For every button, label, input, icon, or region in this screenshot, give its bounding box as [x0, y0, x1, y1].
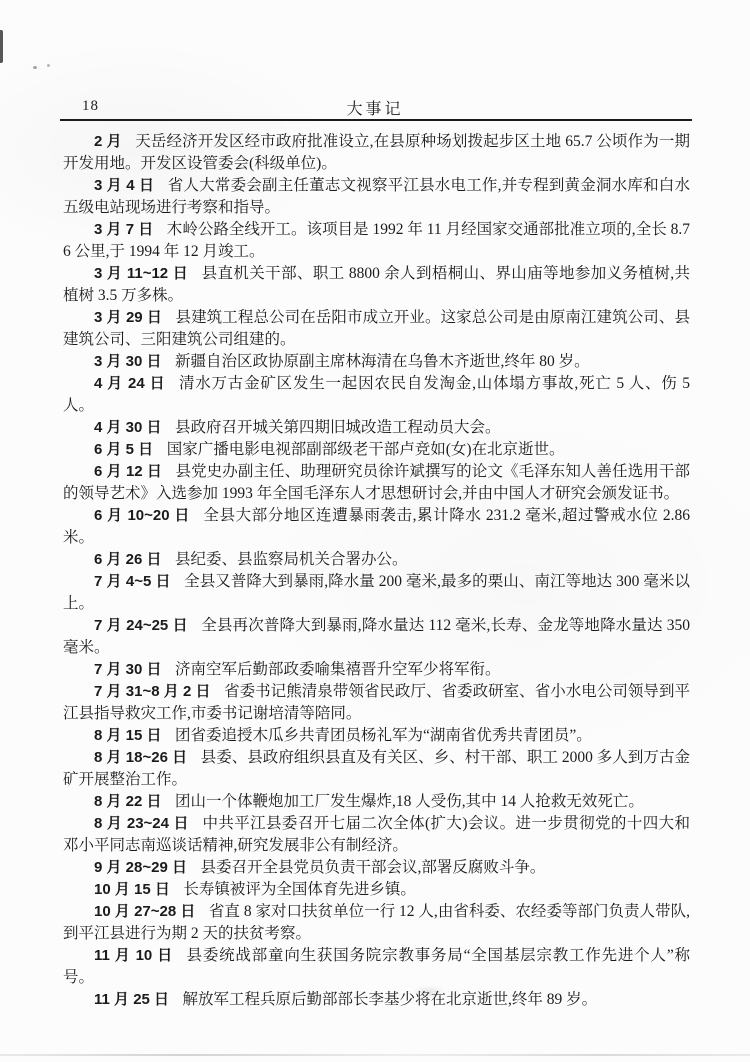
- entry-text: 县政府召开城关第四期旧城改造工程动员大会。: [175, 419, 501, 436]
- entry-text: 国家广播电影电视部副部级老干部卢竞如(女)在北京逝世。: [167, 441, 565, 458]
- entry-date: 6 月 5 日: [94, 441, 153, 458]
- chronicle-entry: 2 月天岳经济开发区经市政府批准设立,在县原种场划拨起步区土地 65.7 公顷作…: [63, 131, 690, 175]
- chronicle-body: 2 月天岳经济开发区经市政府批准设立,在县原种场划拨起步区土地 65.7 公顷作…: [63, 131, 690, 1011]
- page-title: 大事记: [60, 96, 690, 119]
- scan-dot-artifact: [33, 66, 37, 69]
- scan-dot-artifact: [47, 64, 50, 67]
- entry-date: 10 月 15 日: [94, 881, 170, 898]
- entry-date: 8 月 15 日: [94, 727, 162, 744]
- entry-date: 2 月: [94, 133, 122, 150]
- entry-date: 3 月 11~12 日: [94, 265, 188, 282]
- scan-edge-artifact: [0, 30, 3, 63]
- chronicle-entry: 8 月 18~26 日县委、县政府组织县直及有关区、乡、村干部、职工 2000 …: [63, 747, 690, 791]
- header-rule: [60, 119, 692, 121]
- entry-date: 7 月 30 日: [94, 661, 162, 678]
- entry-date: 3 月 4 日: [94, 177, 154, 194]
- chronicle-entry: 7 月 24~25 日全县再次普降大到暴雨,降水量达 112 毫米,长寿、金龙等…: [63, 615, 690, 659]
- entry-date: 7 月 4~5 日: [94, 573, 171, 590]
- chronicle-entry: 10 月 15 日长寿镇被评为全国体育先进乡镇。: [63, 879, 690, 901]
- entry-date: 3 月 7 日: [94, 221, 153, 238]
- entry-date: 3 月 29 日: [94, 309, 162, 326]
- entry-text: 济南空军后勤部政委喻集禧晋升空军少将军衔。: [175, 661, 501, 678]
- chronicle-entry: 7 月 4~5 日全县又普降大到暴雨,降水量 200 毫米,最多的栗山、南江等地…: [63, 571, 690, 615]
- scan-smudge-artifact: [412, 985, 446, 999]
- entry-date: 4 月 24 日: [94, 375, 165, 392]
- entry-date: 8 月 22 日: [94, 793, 162, 810]
- chronicle-entry: 7 月 30 日济南空军后勤部政委喻集禧晋升空军少将军衔。: [63, 659, 690, 681]
- chronicle-entry: 8 月 15 日团省委追授木瓜乡共青团员杨礼军为“湖南省优秀共青团员”。: [63, 725, 690, 747]
- entry-text: 团山一个体鞭炮加工厂发生爆炸,18 人受伤,其中 14 人抢救无效死亡。: [175, 793, 644, 810]
- chronicle-entry: 10 月 27~28 日省直 8 家对口扶贫单位一行 12 人,由省科委、农经委…: [63, 901, 690, 945]
- chronicle-entry: 6 月 12 日县党史办副主任、助理研究员徐许斌撰写的论文《毛泽东知人善任选用干…: [63, 461, 690, 505]
- entry-date: 8 月 18~26 日: [94, 749, 187, 766]
- scanned-page: 18 大事记 2 月天岳经济开发区经市政府批准设立,在县原种场划拨起步区土地 6…: [0, 0, 750, 1062]
- entry-date: 10 月 27~28 日: [94, 903, 195, 920]
- chronicle-entry: 3 月 7 日木岭公路全线开工。该项目是 1992 年 11 月经国家交通部批准…: [63, 219, 690, 263]
- chronicle-entry: 9 月 28~29 日县委召开全县党员负责干部会议,部署反腐败斗争。: [63, 857, 690, 879]
- entry-date: 11 月 10 日: [94, 947, 173, 964]
- chronicle-entry: 3 月 29 日县建筑工程总公司在岳阳市成立开业。这家总公司是由原南江建筑公司、…: [63, 307, 690, 351]
- chronicle-entry: 11 月 25 日解放军工程兵原后勤部部长李基少将在北京逝世,终年 89 岁。: [63, 989, 690, 1011]
- chronicle-entry: 8 月 23~24 日中共平江县委召开七届二次全体(扩大)会议。进一步贯彻党的十…: [63, 813, 690, 857]
- entry-date: 6 月 12 日: [94, 463, 162, 480]
- entry-date: 9 月 28~29 日: [94, 859, 187, 876]
- chronicle-entry: 6 月 26 日县纪委、县监察局机关合署办公。: [63, 549, 690, 571]
- entry-date: 11 月 25 日: [94, 991, 169, 1008]
- chronicle-entry: 3 月 4 日省人大常委会副主任董志文视察平江县水电工作,并专程到黄金洞水库和白…: [63, 175, 690, 219]
- entry-date: 7 月 31~8 月 2 日: [94, 683, 211, 700]
- entry-text: 解放军工程兵原后勤部部长李基少将在北京逝世,终年 89 岁。: [183, 991, 598, 1008]
- chronicle-entry: 8 月 22 日团山一个体鞭炮加工厂发生爆炸,18 人受伤,其中 14 人抢救无…: [63, 791, 690, 813]
- chronicle-entry: 11 月 10 日县委统战部童向生获国务院宗教事务局“全国基层宗教工作先进个人”…: [63, 945, 690, 989]
- entry-text: 天岳经济开发区经市政府批准设立,在县原种场划拨起步区土地 65.7 公顷作为一期…: [63, 133, 690, 172]
- entry-text: 新疆自治区政协原副主席林海清在乌鲁木齐逝世,终年 80 岁。: [175, 353, 590, 370]
- chronicle-entry: 3 月 30 日新疆自治区政协原副主席林海清在乌鲁木齐逝世,终年 80 岁。: [63, 351, 690, 373]
- entry-date: 7 月 24~25 日: [94, 617, 188, 634]
- chronicle-entry: 6 月 10~20 日全县大部分地区连遭暴雨袭击,累计降水 231.2 毫米,超…: [63, 505, 690, 549]
- page-header: 18 大事记: [60, 96, 690, 118]
- entry-date: 4 月 30 日: [94, 419, 162, 436]
- entry-date: 6 月 26 日: [94, 551, 162, 568]
- entry-date: 8 月 23~24 日: [94, 815, 189, 832]
- entry-text: 长寿镇被评为全国体育先进乡镇。: [183, 881, 416, 898]
- entry-text: 木岭公路全线开工。该项目是 1992 年 11 月经国家交通部批准立项的,全长 …: [63, 221, 690, 260]
- entry-text: 县纪委、县监察局机关合署办公。: [175, 551, 408, 568]
- scan-bottom-edge: [0, 1054, 750, 1056]
- chronicle-entry: 4 月 30 日县政府召开城关第四期旧城改造工程动员大会。: [63, 417, 690, 439]
- entry-text: 团省委追授木瓜乡共青团员杨礼军为“湖南省优秀共青团员”。: [175, 727, 592, 744]
- chronicle-entry: 6 月 5 日国家广播电影电视部副部级老干部卢竞如(女)在北京逝世。: [63, 439, 690, 461]
- entry-date: 3 月 30 日: [94, 353, 162, 370]
- chronicle-entry: 7 月 31~8 月 2 日省委书记熊清泉带领省民政厅、省委政研室、省小水电公司…: [63, 681, 690, 725]
- entry-text: 省人大常委会副主任董志文视察平江县水电工作,并专程到黄金洞水库和白水五级电站现场…: [63, 177, 690, 216]
- entry-date: 6 月 10~20 日: [94, 507, 190, 524]
- chronicle-entry: 3 月 11~12 日县直机关干部、职工 8800 余人到梧桐山、界山庙等地参加…: [63, 263, 690, 307]
- chronicle-entry: 4 月 24 日清水万古金矿区发生一起因农民自发淘金,山体塌方事故,死亡 5 人…: [63, 373, 690, 417]
- entry-text: 县委召开全县党员负责干部会议,部署反腐败斗争。: [200, 859, 545, 876]
